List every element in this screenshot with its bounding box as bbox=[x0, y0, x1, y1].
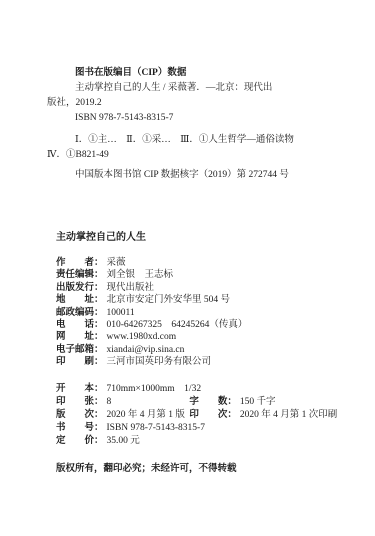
info-value: 710mm×1000mm 1/32 bbox=[107, 384, 202, 394]
info-value: 2020 年 4 月第 1 次印刷 bbox=[240, 410, 337, 420]
info-row-postcode: 邮政编码：100011 bbox=[56, 307, 333, 319]
info-label: 出版发行 bbox=[56, 282, 94, 294]
info-row-website: 网址：www.1980xd.com bbox=[56, 331, 333, 343]
info-value: 现代出版社 bbox=[107, 283, 155, 293]
print-spec-list: 开本：710mm×1000mm 1/32 印张：8 字数：150 千字 版次：2… bbox=[56, 383, 333, 448]
book-copyright-page: 图书在版编目（CIP）数据 主动掌控自己的人生 / 采薇著．—北京：现代出 版社… bbox=[0, 0, 375, 536]
info-label: 网址 bbox=[56, 331, 94, 343]
label-colon: ： bbox=[94, 308, 104, 318]
label-colon: ： bbox=[94, 397, 104, 407]
info-value: 100011 bbox=[107, 308, 135, 318]
cip-isbn: ISBN 978-7-5143-8315-7 bbox=[75, 111, 333, 126]
info-row-publisher: 出版发行：现代出版社 bbox=[56, 282, 333, 294]
info-row-author: 作者：采薇 bbox=[56, 257, 333, 269]
cip-heading: 图书在版编目（CIP）数据 bbox=[75, 66, 333, 81]
print-row-price: 定价：35.00 元 bbox=[56, 435, 333, 448]
info-label: 作者 bbox=[56, 257, 94, 269]
publication-info-list: 作者：采薇 责任编辑：刘全银 王志标 出版发行：现代出版社 地址：北京市安定门外… bbox=[56, 257, 333, 369]
info-value: 刘全银 王志标 bbox=[107, 270, 174, 280]
info-label: 邮政编码 bbox=[56, 307, 94, 319]
info-value: ISBN 978-7-5143-8315-7 bbox=[107, 423, 205, 433]
copyright-notice: 版权所有，翻印必究；未经许可，不得转载 bbox=[56, 463, 333, 476]
label-colon: ： bbox=[227, 397, 237, 407]
cip-section: 图书在版编目（CIP）数据 主动掌控自己的人生 / 采薇著．—北京：现代出 版社… bbox=[47, 0, 333, 183]
info-row-email: 电子邮箱：xiandai@vip.sina.cn bbox=[56, 344, 333, 356]
label-colon: ： bbox=[94, 423, 104, 433]
info-label: 印次 bbox=[189, 409, 227, 422]
info-label: 书号 bbox=[56, 422, 94, 435]
info-row-editor: 责任编辑：刘全银 王志标 bbox=[56, 269, 333, 281]
label-colon: ： bbox=[94, 258, 104, 268]
print-row-isbn: 书号：ISBN 978-7-5143-8315-7 bbox=[56, 422, 333, 435]
info-label: 责任编辑 bbox=[56, 269, 94, 281]
info-label: 地址 bbox=[56, 294, 94, 306]
info-value: 150 千字 bbox=[240, 397, 276, 407]
info-value: www.1980xd.com bbox=[107, 332, 177, 342]
info-label: 开本 bbox=[56, 383, 94, 396]
label-colon: ： bbox=[94, 320, 104, 330]
print-row-sheets-wordcount: 印张：8 字数：150 千字 bbox=[56, 396, 333, 409]
label-colon: ： bbox=[94, 436, 104, 446]
info-label: 电子邮箱 bbox=[56, 344, 94, 356]
label-colon: ： bbox=[94, 384, 104, 394]
book-title: 主动掌控自己的人生 bbox=[56, 231, 333, 244]
info-label: 印刷 bbox=[56, 356, 94, 368]
label-colon: ： bbox=[94, 283, 104, 293]
info-label: 电话 bbox=[56, 319, 94, 331]
print-col: 书号：ISBN 978-7-5143-8315-7 bbox=[56, 422, 187, 435]
cip-classification-line-1: Ⅰ．①主… Ⅱ．①采… Ⅲ．①人生哲学—通俗读物 bbox=[75, 133, 333, 148]
info-value: 35.00 元 bbox=[107, 436, 140, 446]
info-row-phone: 电话：010-64267325 64245264（传真） bbox=[56, 319, 333, 331]
info-value: 三河市国英印务有限公司 bbox=[107, 357, 212, 367]
info-row-printer: 印刷：三河市国英印务有限公司 bbox=[56, 356, 333, 368]
info-label: 版次 bbox=[56, 409, 94, 422]
info-value: xiandai@vip.sina.cn bbox=[107, 345, 185, 355]
label-colon: ： bbox=[94, 345, 104, 355]
print-col: 印次：2020 年 4 月第 1 次印刷 bbox=[187, 410, 337, 420]
print-col: 字数：150 千字 bbox=[187, 397, 276, 407]
print-col: 版次：2020 年 4 月第 1 版 bbox=[56, 409, 187, 422]
label-colon: ： bbox=[94, 270, 104, 280]
label-colon: ： bbox=[227, 410, 237, 420]
info-row-address: 地址：北京市安定门外安华里 504 号 bbox=[56, 294, 333, 306]
info-value: 采薇 bbox=[107, 258, 126, 268]
info-value: 010-64267325 64245264（传真） bbox=[107, 320, 248, 330]
info-label: 印张 bbox=[56, 396, 94, 409]
info-label: 定价 bbox=[56, 435, 94, 448]
cip-classification-line-2: Ⅳ．①B821-49 bbox=[47, 148, 333, 163]
label-colon: ： bbox=[94, 332, 104, 342]
info-value: 8 bbox=[107, 397, 112, 407]
cip-title-line-2: 版社，2019.2 bbox=[47, 96, 333, 111]
label-colon: ： bbox=[94, 410, 104, 420]
info-value: 北京市安定门外安华里 504 号 bbox=[107, 295, 231, 305]
label-colon: ： bbox=[94, 295, 104, 305]
print-col: 开本：710mm×1000mm 1/32 bbox=[56, 383, 187, 396]
print-row-format: 开本：710mm×1000mm 1/32 bbox=[56, 383, 333, 396]
print-col: 定价：35.00 元 bbox=[56, 435, 187, 448]
cip-title-line-1: 主动掌控自己的人生 / 采薇著．—北京：现代出 bbox=[75, 81, 333, 96]
info-value: 2020 年 4 月第 1 版 bbox=[107, 410, 185, 420]
print-col: 印张：8 bbox=[56, 396, 187, 409]
print-row-edition-impression: 版次：2020 年 4 月第 1 版 印次：2020 年 4 月第 1 次印刷 bbox=[56, 409, 333, 422]
cip-record-number: 中国版本图书馆 CIP 数据核字（2019）第 272744 号 bbox=[75, 168, 333, 183]
info-label: 字数 bbox=[189, 396, 227, 409]
label-colon: ： bbox=[94, 357, 104, 367]
